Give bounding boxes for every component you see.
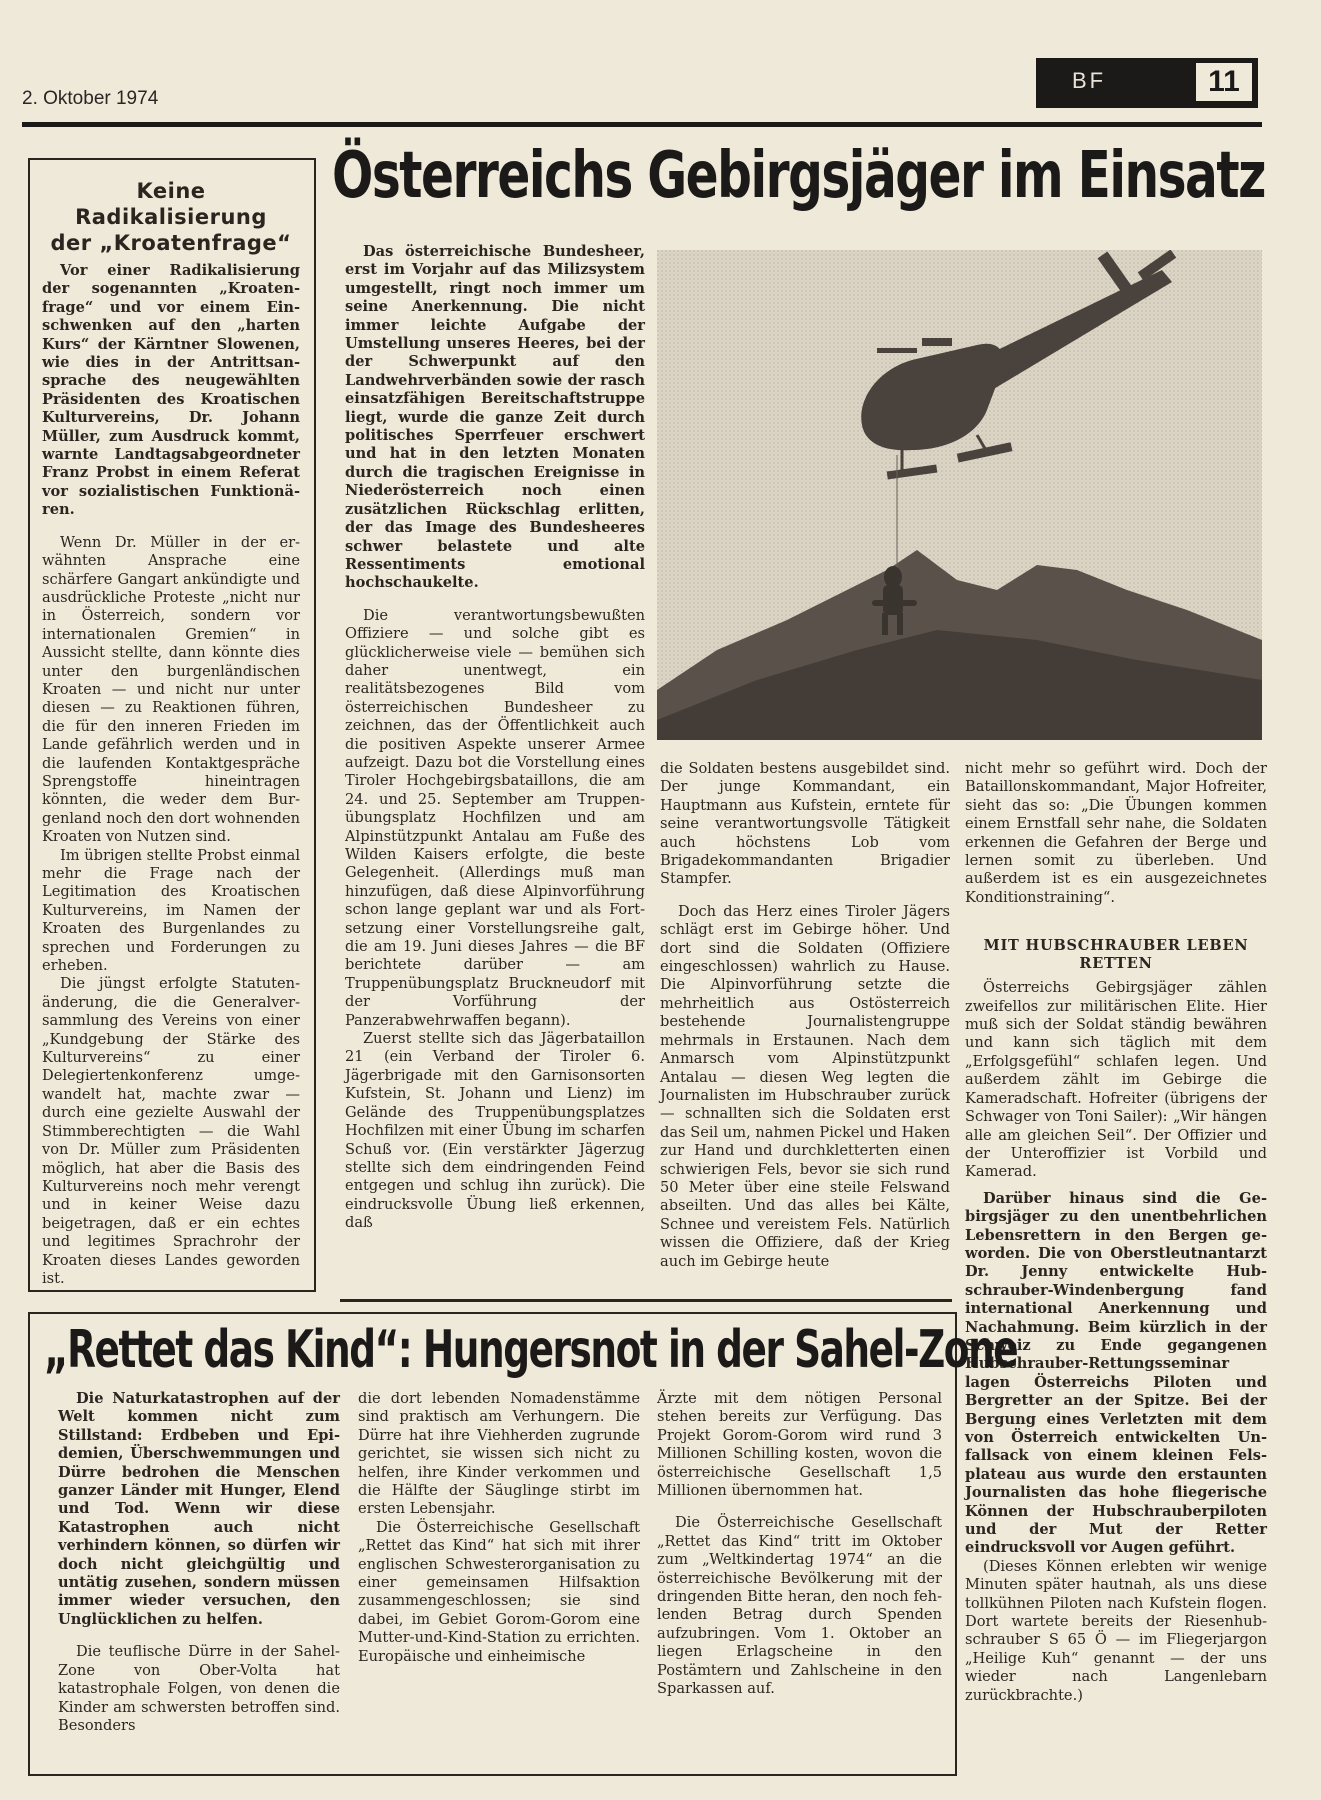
helicopter-rescue-image: [657, 250, 1262, 740]
bottom-article-column-3: Ärzte mit dem nötigen Per­sonal stehen b…: [657, 1390, 942, 1699]
paragraph: Im übrigen stellte Probst einmal mehr di…: [42, 847, 300, 976]
paragraph: Wenn Dr. Müller in der er­wähnten Anspra…: [42, 534, 300, 847]
main-article-column-1: Das österreichische Bundes­heer, erst im…: [345, 243, 645, 1233]
bottom-lead: Die Naturkatastrophen auf der Welt komme…: [58, 1390, 340, 1629]
main-article-column-2: die Soldaten bestens ausgebildet sind. D…: [660, 760, 950, 1271]
sidebar-article: Keine Radikalisierung der „Kroatenfrage“…: [28, 158, 316, 1292]
paragraph: Die verantwortungsbewußten Offiziere — u…: [345, 607, 645, 1030]
subheading: MIT HUBSCHRAUBER LEBEN RETTEN: [965, 937, 1267, 973]
paragraph: die dort lebenden Nomaden­stämme sind pr…: [358, 1390, 640, 1519]
section-divider: [340, 1299, 952, 1302]
title-line-1: Keine Radikalisierung: [75, 179, 267, 229]
page-number: 11: [1196, 63, 1252, 101]
paragraph: Die teuflische Dürre in der Sahel-Zone v…: [58, 1643, 340, 1735]
main-headline: Österreichs Gebirgsjäger im Einsatz: [332, 140, 1043, 212]
paragraph: Doch das Herz eines Tiroler Jägers schlä…: [660, 903, 950, 1271]
paragraph: Zuerst stellte sich das Jäger­bataillon …: [345, 1030, 645, 1232]
helicopter-photo: [657, 250, 1262, 740]
title-line-2: der „Kroatenfrage“: [51, 231, 292, 255]
paragraph: Die Österreichische Gesell­schaft „Rette…: [358, 1519, 640, 1666]
paragraph: Die Österreichische Gesell­schaft „Rette…: [657, 1514, 942, 1698]
page-marker: BF 11: [1036, 58, 1258, 108]
header-rule: [22, 122, 1262, 127]
sidebar-article-title: Keine Radikalisierung der „Kroatenfrage“: [42, 178, 300, 256]
bottom-article-column-2: die dort lebenden Nomaden­stämme sind pr…: [358, 1390, 640, 1666]
sidebar-lead: Vor einer Radikalisierung der sogenannte…: [42, 262, 300, 520]
issue-date: 2. Oktober 1974: [22, 88, 158, 110]
main-article-column-3: nicht mehr so geführt wird. Doch der Bat…: [965, 760, 1267, 1705]
bottom-headline: „Rettet das Kind“: Hungersnot in der Sah…: [44, 1320, 1017, 1380]
paragraph: die Soldaten bestens ausgebildet sind. D…: [660, 760, 950, 889]
bottom-article-column-1: Die Naturkatastrophen auf der Welt komme…: [58, 1390, 340, 1735]
paragraph: nicht mehr so geführt wird. Doch der Bat…: [965, 760, 1267, 907]
paragraph: Ärzte mit dem nötigen Per­sonal stehen b…: [657, 1390, 942, 1500]
section-label: BF: [1072, 68, 1106, 94]
paragraph: Österreichs Gebirgsjäger zäh­len zweifel…: [965, 979, 1267, 1181]
main-lead: Das österreichische Bundes­heer, erst im…: [345, 243, 645, 593]
paragraph: (Dieses Können erlebten wir wenige Minut…: [965, 1558, 1267, 1705]
paragraph: Die jüngst erfolgte Statuten­änderung, d…: [42, 975, 300, 1288]
